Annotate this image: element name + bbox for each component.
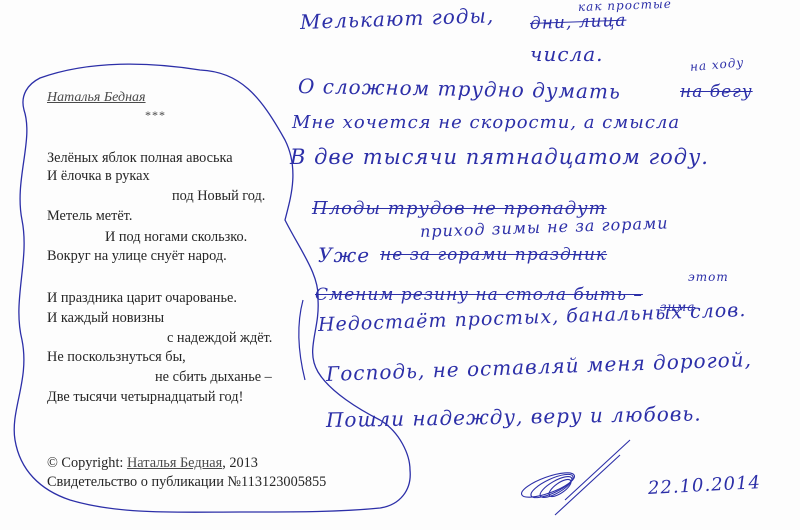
poem-line: Зелёных яблок полная авоська: [47, 150, 233, 167]
poem-line: не сбить дыханье –: [155, 369, 272, 386]
handwritten-insert: этот: [688, 270, 729, 284]
poem-line: Метель метёт.: [47, 208, 132, 225]
poem-line: с надеждой ждёт.: [167, 330, 272, 347]
poem-line: И ёлочка в руках: [47, 168, 150, 185]
poem-line: И каждый новизны: [47, 310, 164, 327]
handwritten-line: Мне хочется не скорости, а смысла: [292, 112, 680, 133]
copyright-year: , 2013: [222, 455, 258, 471]
handwritten-line: В две тысячи пятнадцатом году.: [290, 145, 709, 169]
poem-line: Две тысячи четырнадцатый год!: [47, 389, 243, 406]
handwritten-line: числа.: [530, 42, 604, 66]
copyright-line: © Copyright: Наталья Бедная, 2013: [47, 455, 258, 472]
scanned-page: Наталья Бедная *** Зелёных яблок полная …: [0, 0, 800, 530]
publication-certificate: Свидетельство о публикации №113123005855: [47, 474, 326, 491]
handwritten-struck: Сменим резину на стола быть –: [315, 285, 643, 305]
poem-author-link[interactable]: Наталья Бедная: [47, 90, 146, 106]
poem-line: Не поскользнуться бы,: [47, 349, 186, 366]
signature-icon: [519, 440, 630, 515]
handwritten-struck: не за горами праздник: [380, 245, 607, 265]
handwritten-struck: дни, лица: [530, 11, 627, 34]
bracket-line: [299, 300, 305, 380]
separator: ***: [145, 108, 166, 123]
handwritten-struck: Плоды трудов не пропадут: [312, 198, 607, 219]
handwritten-struck: зима: [660, 300, 695, 314]
handwritten-struck: на бегу: [680, 82, 753, 102]
poem-line: Вокруг на улице снуёт народ.: [47, 248, 227, 265]
poem-line: И праздника царит очарованье.: [47, 290, 237, 307]
poem-line: И под ногами скользко.: [105, 229, 247, 246]
handwritten-line: Уже: [318, 243, 370, 267]
poem-line: под Новый год.: [172, 188, 265, 205]
copyright-author-link[interactable]: Наталья Бедная: [127, 455, 222, 471]
copyright-prefix: © Copyright:: [47, 455, 127, 471]
